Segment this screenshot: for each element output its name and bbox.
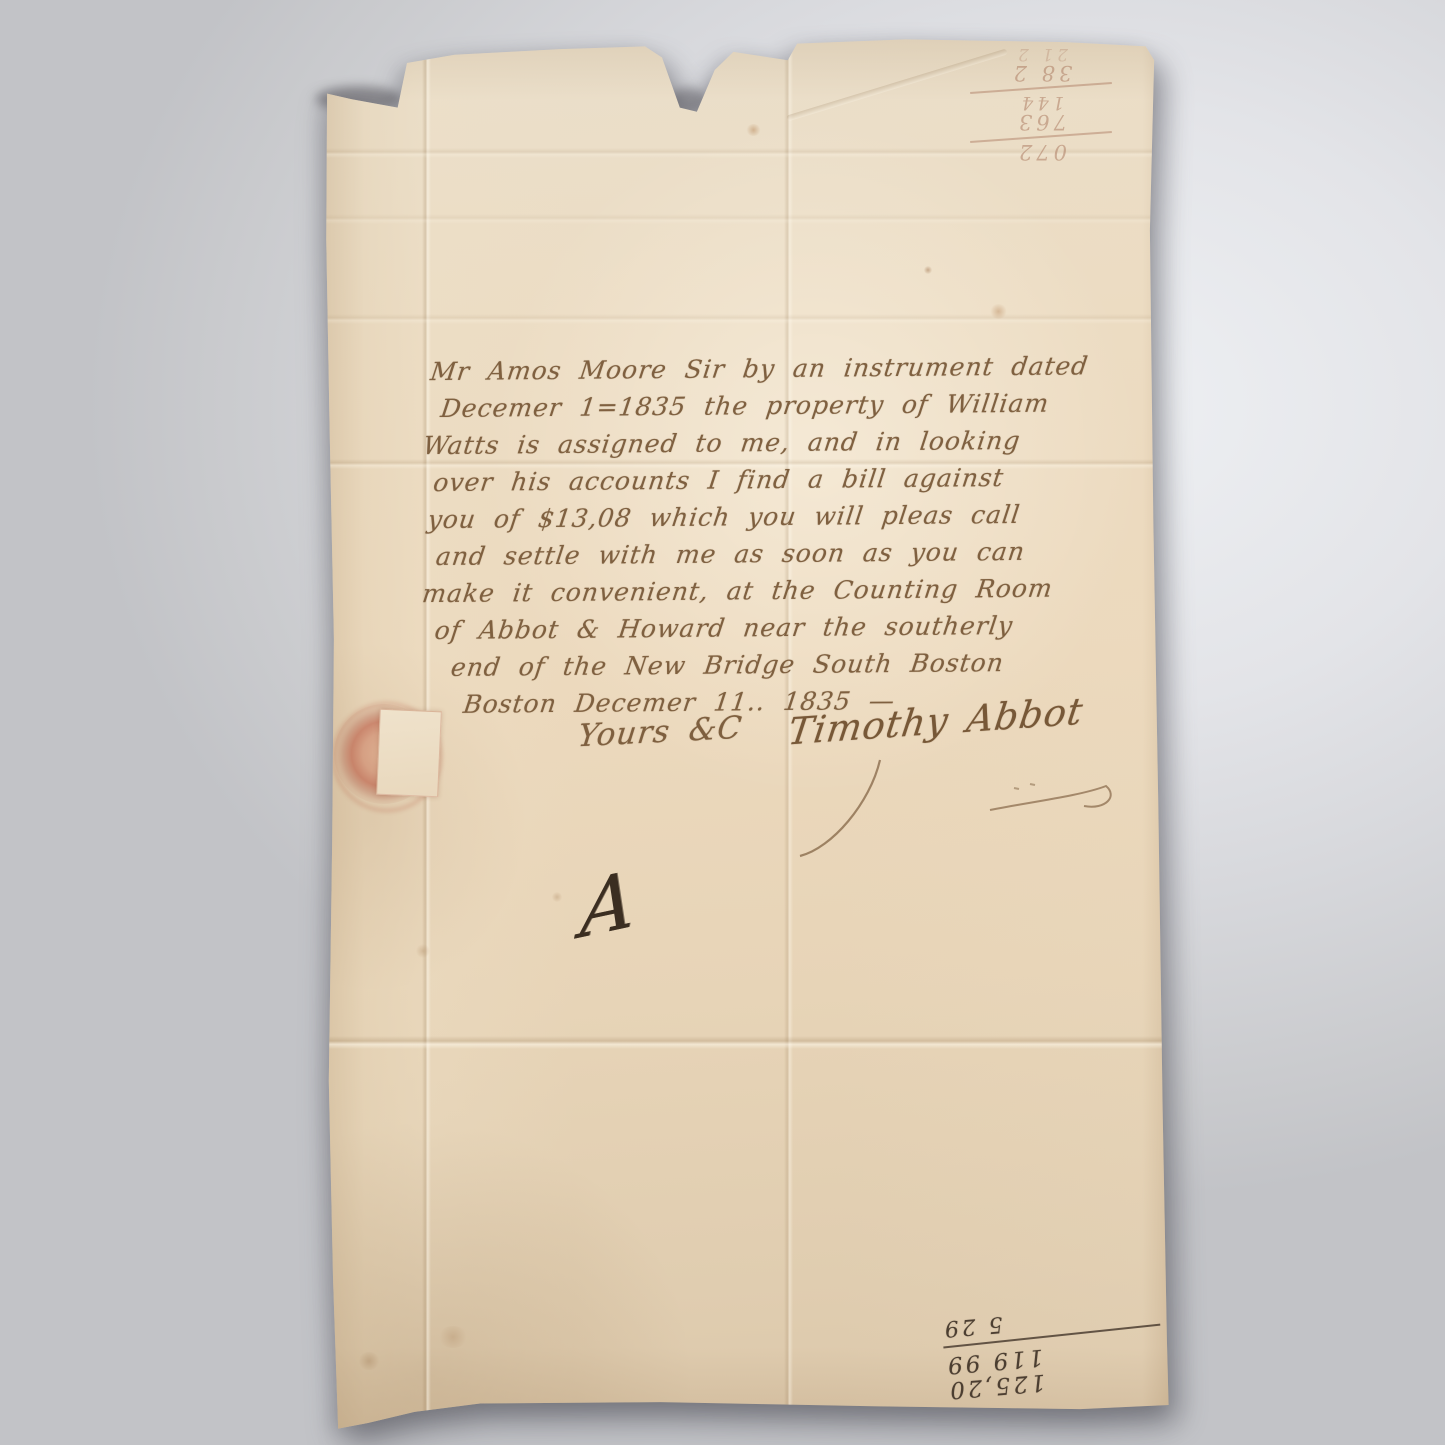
letter-line: of Abbot & Howard near the southerly	[432, 606, 1145, 649]
calculation-figures-bottom-right: 5 29 119 99 125,20	[941, 1297, 1166, 1403]
letter-line: over his accounts I find a bill against	[431, 458, 1144, 501]
foxing-spot	[358, 1352, 380, 1370]
paper-shadow-wrapper: Mr Amos Moore Sir by an instrument dated…	[0, 0, 1445, 1445]
letter-body-text: Mr Amos Moore Sir by an instrument dated…	[424, 347, 1143, 723]
docket-row: 21 2	[970, 44, 1112, 62]
letter-line: Watts is assigned to me, and in looking	[421, 421, 1144, 464]
docket-row: 072	[970, 141, 1112, 163]
photo-scene: Mr Amos Moore Sir by an instrument dated…	[0, 0, 1445, 1445]
docket-row: 38 2	[970, 62, 1112, 84]
letter-line: Decemer 1=1835 the property of William	[438, 384, 1143, 427]
docket-row: 763	[970, 111, 1112, 133]
letter-line: you of $13,08 which you will pleas call	[425, 495, 1144, 538]
docket-row: 144	[970, 92, 1112, 111]
fold-crease-horizontal-faint-3	[322, 214, 1172, 224]
fold-crease-horizontal-faint-1	[322, 314, 1172, 324]
letter-paper: Mr Amos Moore Sir by an instrument dated…	[322, 38, 1172, 1430]
letter-closing: Yours &C	[576, 710, 745, 755]
calculation-result: 5 29	[941, 1301, 1109, 1340]
fold-crease-horizontal-main	[322, 1036, 1172, 1049]
foxing-spot	[416, 944, 430, 958]
foxing-spot	[990, 304, 1007, 319]
docket-figures-top-right: 21 2 38 2 144 763 072	[970, 44, 1112, 163]
foxing-spot	[924, 266, 932, 274]
letter-line: and settle with me as soon as you can	[434, 532, 1145, 575]
letter-line: Mr Amos Moore Sir by an instrument dated	[428, 347, 1143, 390]
annotation-mark-a: A	[579, 853, 636, 956]
letter-line: end of the New Bridge South Boston	[449, 643, 1146, 686]
foxing-spot	[746, 124, 761, 136]
foxing-spot	[438, 1326, 468, 1348]
letter-line: make it convenient, at the Counting Room	[420, 569, 1145, 612]
foxing-spot	[552, 892, 562, 902]
